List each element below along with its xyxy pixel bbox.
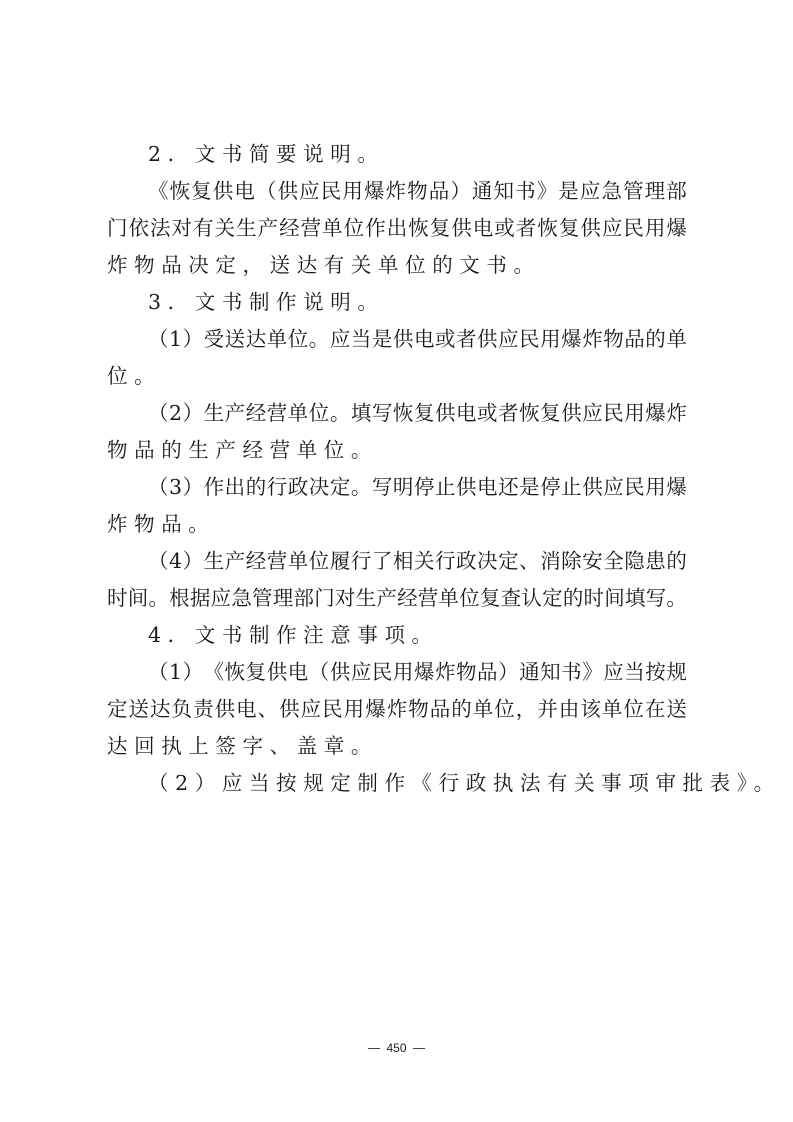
paragraph-line: 时间。根据应急管理部门对生产经营单位复查认定的时间填写。 xyxy=(107,580,687,617)
paragraph-line: 定送达负责供电、供应民用爆炸物品的单位，并由该单位在送 xyxy=(107,691,687,728)
paragraph-line: （4）生产经营单位履行了相关行政决定、消除安全隐患的 xyxy=(107,543,687,580)
list-item-3-3: （3）作出的行政决定。写明停止供电还是停止供应民用爆 炸物品。 xyxy=(107,469,687,543)
paragraph-line: 门依法对有关生产经营单位作出恢复供电或者恢复供应民用爆 xyxy=(107,210,687,247)
heading-text: 2．文书简要说明。 xyxy=(107,136,687,173)
paragraph-line: （2）应当按规定制作《行政执法有关事项审批表》。 xyxy=(107,765,687,802)
heading-text: 4．文书制作注意事项。 xyxy=(107,617,687,654)
list-item-4-2: （2）应当按规定制作《行政执法有关事项审批表》。 xyxy=(107,765,687,802)
section-heading-2: 2．文书简要说明。 xyxy=(107,136,687,173)
paragraph-line: （1）《恢复供电（供应民用爆炸物品）通知书》应当按规 xyxy=(107,654,687,691)
heading-text: 3．文书制作说明。 xyxy=(107,284,687,321)
section-heading-4: 4．文书制作注意事项。 xyxy=(107,617,687,654)
paragraph-line: 达回执上签字、盖章。 xyxy=(107,728,687,765)
footer-dash-right xyxy=(413,1048,425,1049)
footer-dash-left xyxy=(368,1048,380,1049)
paragraph-line: 物品的生产经营单位。 xyxy=(107,432,687,469)
paragraph-line: 炸物品。 xyxy=(107,506,687,543)
section-heading-3: 3．文书制作说明。 xyxy=(107,284,687,321)
paragraph-line: （2）生产经营单位。填写恢复供电或者恢复供应民用爆炸 xyxy=(107,395,687,432)
page-number: 450 xyxy=(386,1041,406,1055)
list-item-3-2: （2）生产经营单位。填写恢复供电或者恢复供应民用爆炸 物品的生产经营单位。 xyxy=(107,395,687,469)
page-footer: 450 xyxy=(0,1041,793,1055)
paragraph-line: 炸物品决定，送达有关单位的文书。 xyxy=(107,247,687,284)
paragraph-line: 位。 xyxy=(107,358,687,395)
paragraph-description: 《恢复供电（供应民用爆炸物品）通知书》是应急管理部 门依法对有关生产经营单位作出… xyxy=(107,173,687,284)
list-item-3-1: （1）受送达单位。应当是供电或者供应民用爆炸物品的单 位。 xyxy=(107,321,687,395)
list-item-4-1: （1）《恢复供电（供应民用爆炸物品）通知书》应当按规 定送达负责供电、供应民用爆… xyxy=(107,654,687,765)
document-body: 2．文书简要说明。 《恢复供电（供应民用爆炸物品）通知书》是应急管理部 门依法对… xyxy=(107,136,687,802)
paragraph-line: （3）作出的行政决定。写明停止供电还是停止供应民用爆 xyxy=(107,469,687,506)
paragraph-line: 《恢复供电（供应民用爆炸物品）通知书》是应急管理部 xyxy=(107,173,687,210)
list-item-3-4: （4）生产经营单位履行了相关行政决定、消除安全隐患的 时间。根据应急管理部门对生… xyxy=(107,543,687,617)
paragraph-line: （1）受送达单位。应当是供电或者供应民用爆炸物品的单 xyxy=(107,321,687,358)
